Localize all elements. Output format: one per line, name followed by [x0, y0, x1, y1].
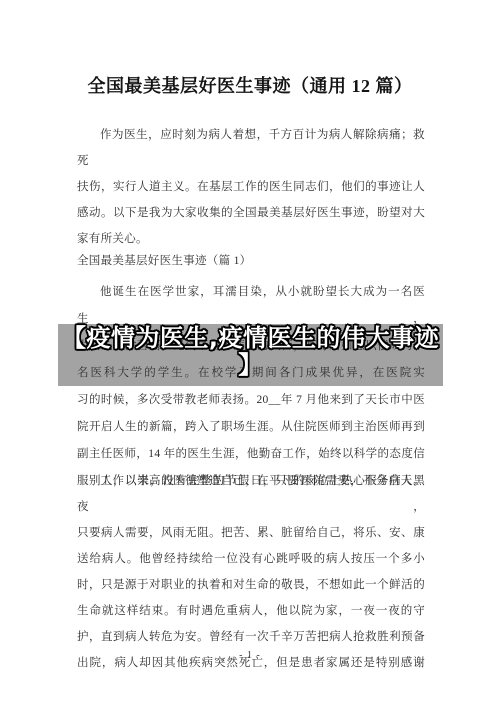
body-line: 院开启人生的新篇，跨入了职场生涯。从住院医师到主治医师再到 — [77, 414, 425, 441]
body-line: 护，直到病人转危为安。曾经有一次千辛万苦把病人抢救胜利预备 — [77, 624, 425, 650]
document-title: 全国最美基层好医生事迹（通用 12 篇） — [0, 72, 500, 98]
body-line: 送给病人。他曾经持续给一位没有心跳呼吸的病人按压一个多小 — [77, 546, 425, 572]
body-line: 时，只是源于对职业的执着和对生命的敬畏，不想如此一个鲜活的 — [77, 572, 425, 598]
page-number: - 1 - — [0, 650, 500, 661]
section-paragraph-2: 工作以来，没有完整的节假日，只要医院需要，不分白天黑夜， 只要病人需要，风雨无阻… — [77, 468, 425, 676]
overlay-banner-text-line1: 【疫情为医生,疫情医生的伟大事迹 — [62, 324, 439, 352]
body-line: 只要病人需要，风雨无阻。把苦、累、脏留给自己，将乐、安、康 — [77, 520, 425, 546]
section-paragraph-1: 他诞生在医学世家，耳濡目染，从小就盼望长大成为一名医生， 为病人解除苦痛。见到了… — [77, 279, 425, 495]
body-line: 工作以来，没有完整的节假日，只要医院需要，不分白天黑夜， — [77, 468, 425, 520]
overlay-banner-text-line2: 】 — [238, 351, 263, 379]
body-line: 感动。以下是我为大家收集的全国最美基层好医生事迹，盼望对大 — [77, 200, 425, 226]
body-line: 作为医生，应时刻为病人着想，千方百计为病人解除病痛；救死 — [77, 122, 425, 174]
body-line: 习的时候，多次受带教老师表扬。20__年 7 月他来到了天长市中医 — [77, 387, 425, 414]
body-line: 生命就这样结束。有时遇危重病人，他以院为家，一夜一夜的守 — [77, 598, 425, 624]
overlay-banner[interactable]: 【疫情为医生,疫情医生的伟大事迹 】 — [58, 324, 443, 386]
intro-paragraph: 作为医生，应时刻为病人着想，千方百计为病人解除病痛；救死 扶伤，实行人道主义。在… — [77, 122, 425, 252]
body-line: 家有所关心。 — [77, 226, 425, 252]
body-line: 副主任医师，14 年的医生生涯，他勤奋工作，始终以科学的态度信 — [77, 441, 425, 468]
document-page: 全国最美基层好医生事迹（通用 12 篇） 作为医生，应时刻为病人着想，千方百计为… — [0, 0, 500, 706]
section-heading: 全国最美基层好医生事迹（篇 1） — [77, 252, 251, 268]
body-line: 扶伤，实行人道主义。在基层工作的医生同志们，他们的事迹让人 — [77, 174, 425, 200]
